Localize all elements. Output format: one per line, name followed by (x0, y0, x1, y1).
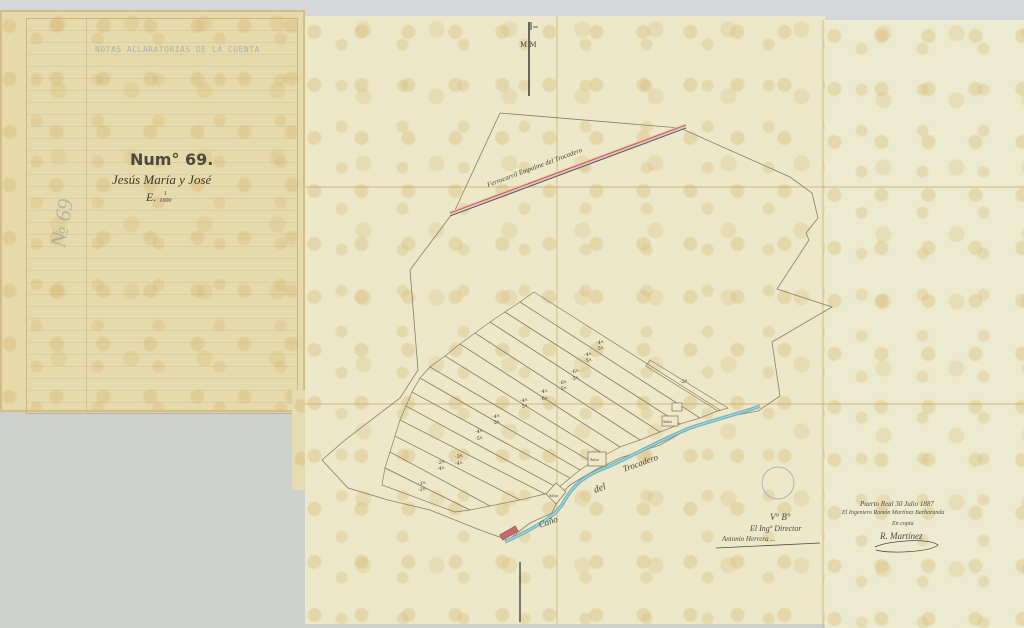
svg-text:·5ª·: ·5ª· (571, 376, 580, 382)
svg-text:·5ª·: ·5ª· (492, 420, 501, 426)
svg-text:·5ª·: ·5ª· (520, 404, 529, 410)
svg-text:·5ª·: ·5ª· (596, 346, 605, 352)
meridian-marker: M M (520, 22, 538, 96)
svg-text:del: del (592, 481, 607, 496)
parcel-strips (382, 292, 728, 512)
approval-vb: V° B° (770, 512, 790, 522)
svg-text:·4ª·: ·4ª· (475, 429, 484, 435)
approval-underline (716, 543, 820, 548)
svg-text:·5ª·: ·5ª· (559, 386, 568, 392)
meridian-label: M M (520, 41, 537, 49)
svg-text:·2ª·: ·2ª· (418, 487, 427, 493)
cert-signature: R. Martínez (880, 531, 923, 541)
svg-text:·5ª·: ·5ª· (475, 436, 484, 442)
svg-text:·5ª·: ·5ª· (584, 358, 593, 364)
svg-text:·6ª·: ·6ª· (540, 396, 549, 402)
survey-map: M M Ferrocarril Empalme del Trocadero ·4… (0, 0, 1024, 628)
railway-line: Ferrocarril Empalme del Trocadero (450, 125, 686, 216)
svg-text:Caño: Caño (537, 514, 559, 530)
svg-text:·2ª·: ·2ª· (680, 379, 689, 385)
building-salon-4 (672, 403, 682, 411)
svg-text:·4ª·: ·4ª· (455, 461, 464, 467)
svg-text:Trocadero: Trocadero (621, 452, 660, 474)
signature-flourish (875, 541, 938, 552)
property-boundary (322, 113, 832, 540)
svg-text:·3ª·: ·3ª· (455, 454, 464, 460)
approval-title: El Ingº Director (750, 524, 802, 533)
building-label-2: Salon (590, 457, 599, 462)
svg-text:·4ª·: ·4ª· (437, 466, 446, 472)
ink-stamp (762, 467, 794, 499)
building-label-1: Salon (549, 493, 558, 498)
svg-text:·6ª·: ·6ª· (571, 369, 580, 375)
cert-line-3: En copia (892, 521, 914, 527)
building-label-3: Salon (663, 419, 672, 424)
cert-line-1: Puerto Real 30 Julio 1887 (860, 500, 934, 508)
cert-line-2: El Ingeniero Ramón Martínez Barbaranda (842, 510, 944, 516)
svg-text:·4ª·: ·4ª· (540, 389, 549, 395)
approval-signature: Antonio Herrera ... (722, 535, 776, 543)
